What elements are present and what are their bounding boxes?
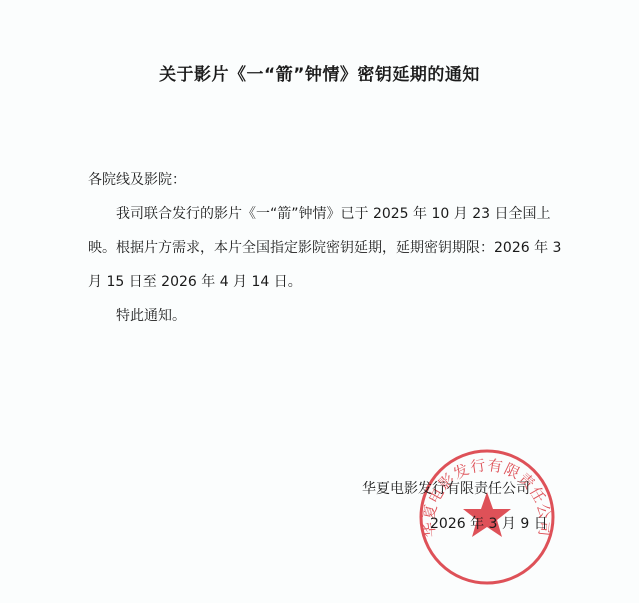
salutation: 各院线及影院：: [88, 163, 568, 197]
signature-company: 华夏电影发行有限责任公司: [362, 472, 530, 506]
body-paragraph: 我司联合发行的影片《一“箭”钟情》已于 2025 年 10 月 23 日全国上映…: [88, 197, 568, 299]
closing-text: 特此通知。: [116, 299, 596, 333]
body-text: 我司联合发行的影片《一“箭”钟情》已于 2025 年 10 月 23 日全国上映…: [88, 206, 561, 290]
document-title: 关于影片《一“箭”钟情》密钥延期的通知: [0, 60, 639, 85]
signature-date: 2026 年 3 月 9 日: [430, 507, 548, 541]
